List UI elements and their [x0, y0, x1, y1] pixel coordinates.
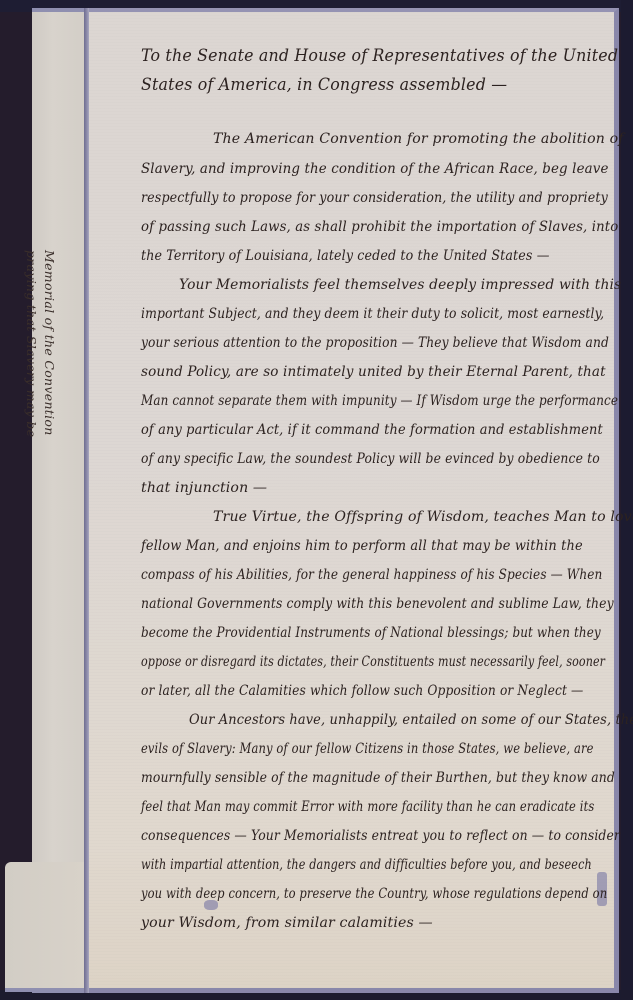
body-line: become the Providential Instruments of N… — [141, 625, 601, 641]
body-line: sound Policy, are so intimately united b… — [141, 364, 606, 380]
docket-line: praying that Slavery may be — [22, 250, 40, 480]
docket-line: Memorial of the Convention — [40, 250, 58, 480]
docket-endorsement: Memorial of the Convention praying that … — [22, 250, 58, 480]
docket-strip-foot — [5, 862, 85, 992]
body-line: of any specific Law, the soundest Policy… — [141, 451, 600, 467]
body-line: Your Memorialists feel themselves deeply… — [179, 277, 621, 293]
body-line: the Territory of Louisiana, lately ceded… — [141, 248, 549, 264]
body-line: compass of his Abilities, for the genera… — [141, 567, 602, 583]
body-line: Man cannot separate them with impunity —… — [141, 393, 618, 409]
body-line: fellow Man, and enjoins him to perform a… — [141, 538, 583, 554]
body-line: oppose or disregard its dictates, their … — [141, 654, 605, 670]
backdrop-right — [621, 0, 633, 1000]
body-line: The American Convention for promoting th… — [213, 131, 624, 147]
body-line: or later, all the Calamities which follo… — [141, 683, 583, 699]
body-line: your Wisdom, from similar calamities — — [141, 915, 433, 931]
body-line: that injunction — — [141, 480, 267, 496]
body-line: evils of Slavery: Many of our fellow Cit… — [141, 741, 594, 757]
body-line: national Governments comply with this be… — [141, 596, 614, 612]
body-line: mournfully sensible of the magnitude of … — [141, 770, 615, 786]
body-line: Slavery, and improving the condition of … — [141, 161, 609, 177]
body-line: feel that Man may commit Error with more… — [141, 799, 594, 815]
body-line: with impartial attention, the dangers an… — [141, 857, 592, 873]
heading-line: To the Senate and House of Representativ… — [141, 46, 618, 66]
body-line: True Virtue, the Offspring of Wisdom, te… — [213, 509, 633, 525]
body-line: consequences — Your Memorialists entreat… — [141, 828, 620, 844]
heading-line: States of America, in Congress assembled… — [141, 75, 507, 95]
body-line: your serious attention to the propositio… — [141, 335, 609, 351]
body-line: of any particular Act, if it command the… — [141, 422, 603, 438]
manuscript-sheet: To the Senate and House of Representativ… — [89, 8, 619, 993]
body-line: important Subject, and they deem it thei… — [141, 306, 604, 322]
body-line: respectfully to propose for your conside… — [141, 190, 608, 206]
body-line: Our Ancestors have, unhappily, entailed … — [189, 712, 633, 728]
body-line: you with deep concern, to preserve the C… — [141, 886, 607, 902]
docket-strip — [32, 8, 84, 993]
body-line: of passing such Laws, as shall prohibit … — [141, 219, 618, 235]
